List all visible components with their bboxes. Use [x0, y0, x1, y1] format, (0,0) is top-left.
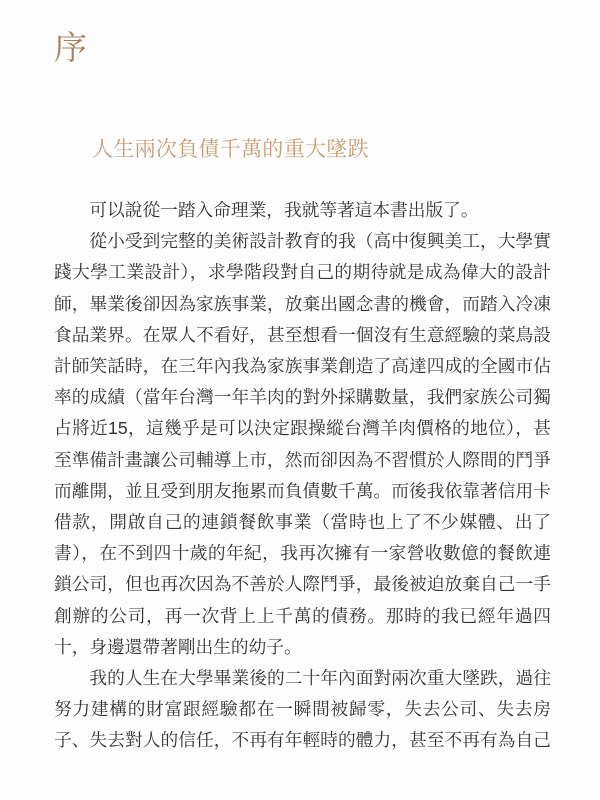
body-text-line: 計師笑話時，在三年內我為家族事業創造了高達四成的全國市佔 — [54, 351, 551, 382]
body-text-line: 而離開，並且受到朋友拖累而負債數千萬。而後我依靠著信用卡 — [54, 476, 551, 507]
body-text-line: 十，身邊還帶著剛出生的幼子。 — [54, 632, 551, 663]
section-subtitle: 人生兩次負債千萬的重大墜跌 — [92, 133, 369, 163]
body-text-line: 子、失去對人的信任，不再有年輕時的體力，甚至不再有為自己 — [54, 725, 551, 756]
body-text-line: 至準備計畫讓公司輔導上市，然而卻因為不習慣於人際間的鬥爭 — [54, 445, 551, 476]
body-text-line: 占將近15，這幾乎是可以決定跟操縱台灣羊肉價格的地位），甚 — [54, 413, 551, 444]
body-text-line: 可以說從一踏入命理業，我就等著這本書出版了。 — [54, 195, 551, 226]
preface-body: 可以說從一踏入命理業，我就等著這本書出版了。從小受到完整的美術設計教育的我（高中… — [54, 195, 551, 757]
body-text-line: 食品業界。在眾人不看好，甚至想看一個沒有生意經驗的菜鳥設 — [54, 320, 551, 351]
body-text-line: 師，畢業後卻因為家族事業，放棄出國念書的機會，而踏入冷凍 — [54, 289, 551, 320]
body-text-line: 踐大學工業設計），求學階段對自己的期待就是成為偉大的設計 — [54, 257, 551, 288]
body-text-line: 書），在不到四十歲的年紀，我再次擁有一家營收數億的餐飲連 — [54, 538, 551, 569]
body-text-line: 鎖公司，但也再次因為不善於人際鬥爭，最後被迫放棄自己一手 — [54, 569, 551, 600]
body-text-line: 努力建構的財富跟經驗都在一瞬間被歸零，失去公司、失去房 — [54, 694, 551, 725]
body-text-line: 率的成績（當年台灣一年羊肉的對外採購數量，我們家族公司獨 — [54, 382, 551, 413]
body-text-line: 我的人生在大學畢業後的二十年內面對兩次重大墜跌，過往 — [54, 663, 551, 694]
book-page: 序 人生兩次負債千萬的重大墜跌 可以說從一踏入命理業，我就等著這本書出版了。從小… — [0, 0, 600, 800]
body-text-line: 借款，開啟自己的連鎖餐飲事業（當時也上了不少媒體、出了 — [54, 507, 551, 538]
body-text-line: 從小受到完整的美術設計教育的我（高中復興美工，大學實 — [54, 226, 551, 257]
body-text-line: 創辦的公司，再一次背上上千萬的債務。那時的我已經年過四 — [54, 601, 551, 632]
page-title: 序 — [54, 22, 88, 69]
